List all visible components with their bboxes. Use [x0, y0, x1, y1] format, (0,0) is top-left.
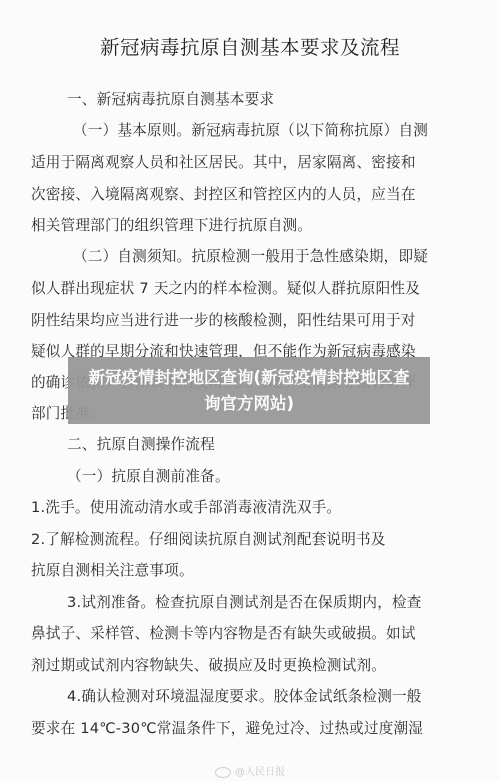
- document-line: （二）自测须知。抗原检测一般用于急性感染期，即疑: [73, 245, 428, 266]
- document-line: 抗原自测相关注意事项。: [31, 559, 194, 580]
- document-page: 新冠病毒抗原自测基本要求及流程 一、新冠病毒抗原自测基本要求（一）基本原则。新冠…: [0, 0, 500, 781]
- document-line: 次密接、入境隔离观察、封控区和管控区内的人员，应当在: [31, 183, 416, 204]
- watermark: @人民日报: [0, 763, 500, 778]
- document-line: （一）抗原自测前准备。: [67, 465, 230, 486]
- document-line: 似人群出现症状 7 天之内的样本检测。疑似人群抗原阳性及: [31, 277, 420, 298]
- watermark-text: @人民日报: [235, 767, 285, 778]
- weibo-icon: [215, 767, 231, 778]
- document-line: 2.了解检测流程。仔细阅读抗原自测试剂配套说明书及: [31, 528, 386, 549]
- document-line: 一、新冠病毒抗原自测基本要求: [67, 88, 274, 109]
- document-line: 二、抗原自测操作流程: [67, 433, 215, 454]
- document-line: 鼻拭子、采样管、检测卡等内容物是否有缺失或破损。如试: [31, 622, 416, 643]
- document-line: 阴性结果均应当进行进一步的核酸检测，阳性结果可用于对: [31, 309, 416, 330]
- document-line: （一）基本原则。新冠病毒抗原（以下简称抗原）自测: [73, 119, 428, 140]
- caption-overlay: 新冠疫情封控地区查询(新冠疫情封控地区查询官方网站): [68, 357, 430, 424]
- document-line: 1.洗手。使用流动清水或手部消毒液清洗双手。: [31, 496, 341, 517]
- document-title: 新冠病毒抗原自测基本要求及流程: [0, 32, 500, 60]
- caption-text: 新冠疫情封控地区查询(新冠疫情封控地区查询官方网站): [84, 365, 414, 417]
- document-line: 剂过期或试剂内容物缺失、破损应及时更换检测试剂。: [31, 654, 386, 675]
- document-line: 4.确认检测对环境温湿度要求。胶体金试纸条检测一般: [67, 685, 422, 706]
- document-line: 相关管理部门的组织管理下进行抗原自测。: [31, 214, 312, 235]
- document-line: 要求在 14℃-30℃常温条件下，避免过冷、过热或过度潮湿: [31, 717, 423, 738]
- document-line: 适用于隔离观察人员和社区居民。其中，居家隔离、密接和: [31, 151, 416, 172]
- document-line: 3.试剂准备。检查抗原自测试剂是否在保质期内，检查: [67, 591, 422, 612]
